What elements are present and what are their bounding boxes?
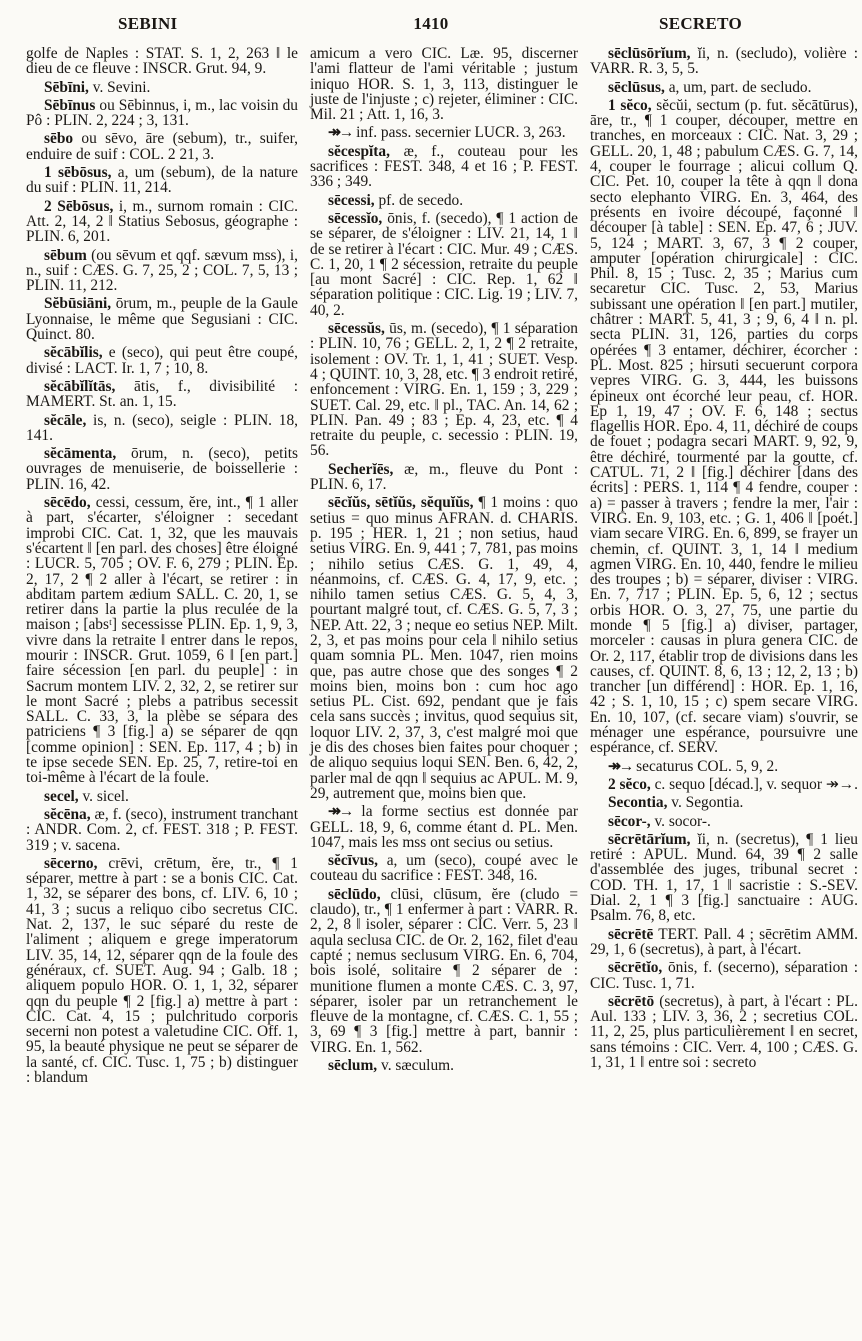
dictionary-entry: 1 sēbōsus, a, um (sebum), de la nature d…	[26, 165, 298, 196]
columns: golfe de Naples : STAT. S. 1, 2, 263 ‖ l…	[26, 46, 854, 1341]
dictionary-entry: secel, v. sicel.	[26, 789, 298, 804]
dictionary-entry: sēcrētē TERT. Pall. 4 ; sēcrētim AMM. 29…	[590, 927, 858, 958]
headword: Sēbīni,	[44, 79, 89, 96]
dictionary-entry: sēbo ou sēvo, āre (sebum), tr., suifer, …	[26, 131, 298, 162]
dictionary-entry: sēcēdo, cessi, cessum, ĕre, int., ¶ 1 al…	[26, 495, 298, 786]
dictionary-entry: 2 Sēbōsus, i, m., surnom romain : CIC. A…	[26, 199, 298, 245]
headword: sēclum,	[328, 1057, 377, 1074]
dictionary-entry: sēcrētĭo, ōnis, f. (secerno), séparation…	[590, 960, 858, 991]
dictionary-entry: Secherĭēs, æ, m., fleuve du Pont : PLIN.…	[310, 462, 578, 493]
dictionary-page: SEBINI 1410 SECRETO golfe de Naples : ST…	[0, 0, 862, 1341]
definition-text: amicum a vero CIC. Læ. 95, discerner l'a…	[310, 45, 578, 123]
headword: sēcessi,	[328, 192, 375, 209]
definition-text: crēvi, crētum, ĕre, tr., ¶ 1 séparer, me…	[26, 855, 298, 1086]
dictionary-entry: sēclūsus, a, um, part. de secludo.	[590, 80, 858, 95]
dictionary-entry: sēcor-, v. socor-.	[590, 814, 858, 829]
dictionary-entry: sēcessĭo, ōnis, f. (secedo), ¶ 1 action …	[310, 211, 578, 318]
dictionary-entry: sēclūsōrĭum, ĭi, n. (secludo), volière :…	[590, 46, 858, 77]
definition-text: clūsi, clūsum, ĕre (cludo = claudo), tr.…	[310, 886, 578, 1056]
definition-text: ōnis, f. (secedo), ¶ 1 action de se sépa…	[310, 210, 578, 319]
dictionary-entry: 1 sĕco, sĕcŭi, sectum (p. fut. sĕcātūrus…	[590, 98, 858, 756]
entry-note: ↠→ secaturus COL. 5, 9, 2.	[590, 759, 858, 774]
headword: secel,	[44, 788, 79, 805]
dictionary-entry: sĕcāmenta, ōrum, n. (seco), petits ouvra…	[26, 446, 298, 492]
dictionary-entry: sĕcāle, is, n. (seco), seigle : PLIN. 18…	[26, 413, 298, 444]
entry-continuation: golfe de Naples : STAT. S. 1, 2, 263 ‖ l…	[26, 46, 298, 77]
dictionary-entry: Secontia, v. Segontia.	[590, 795, 858, 810]
dictionary-entry: sĕcēna, æ, f. (seco), instrument trancha…	[26, 807, 298, 853]
dictionary-entry: sĕcīvus, a, um (seco), coupé avec le cou…	[310, 853, 578, 884]
dictionary-entry: sĕcespĭta, æ, f., couteau pour les sacri…	[310, 144, 578, 190]
definition-text: cessi, cessum, ĕre, int., ¶ 1 aller à pa…	[26, 494, 298, 786]
definition-text: ¶ 1 moins : quo setius = quo minus AFRAN…	[310, 494, 578, 802]
running-head: SEBINI 1410 SECRETO	[0, 14, 862, 38]
definition-text: v. Sevini.	[89, 79, 150, 96]
dictionary-entry: sēcerno, crēvi, crētum, ĕre, tr., ¶ 1 sé…	[26, 856, 298, 1085]
column-left: golfe de Naples : STAT. S. 1, 2, 263 ‖ l…	[26, 46, 298, 1341]
dictionary-entry: sēbum (ou sēvum et qqf. sævum mss), i, n…	[26, 248, 298, 294]
dictionary-entry: sēclum, v. sæculum.	[310, 1058, 578, 1073]
dictionary-entry: sēcessi, pf. de secedo.	[310, 193, 578, 208]
dictionary-entry: sēcessŭs, ūs, m. (secedo), ¶ 1 séparatio…	[310, 321, 578, 459]
column-right: sēclūsōrĭum, ĭi, n. (secludo), volière :…	[590, 46, 858, 1341]
running-head-right: SECRETO	[659, 14, 742, 34]
entry-note: ↠→ la forme sectius est donnée par GELL.…	[310, 804, 578, 850]
headword: sēclūsus,	[608, 79, 665, 96]
dictionary-entry: Sēbīnus ou Sēbinnus, i, m., lac voisin d…	[26, 98, 298, 129]
column-middle: amicum a vero CIC. Læ. 95, discerner l'a…	[310, 46, 578, 1341]
dictionary-entry: Sēbīni, v. Sevini.	[26, 80, 298, 95]
entry-continuation: amicum a vero CIC. Læ. 95, discerner l'a…	[310, 46, 578, 122]
headword: 2 sĕco,	[608, 776, 651, 793]
definition-text: v. sicel.	[79, 788, 129, 805]
definition-text: ūs, m. (secedo), ¶ 1 séparation : PLIN. …	[310, 320, 578, 459]
definition-text: sĕcŭi, sectum (p. fut. sĕcātūrus), āre, …	[590, 97, 858, 756]
definition-text: secaturus COL. 5, 9, 2.	[632, 758, 778, 775]
see-also-arrow-icon: ↠→	[328, 124, 352, 141]
see-also-arrow-icon: ↠→	[608, 758, 632, 775]
dictionary-entry: sēcrētārĭum, ĭi, n. (secretus), ¶ 1 lieu…	[590, 832, 858, 924]
dictionary-entry: Sĕbūsiāni, ōrum, m., peuple de la Gaule …	[26, 296, 298, 342]
dictionary-entry: sēcrētō (secretus), à part, à l'écart : …	[590, 994, 858, 1070]
dictionary-entry: sēcĭŭs, sētĭŭs, sĕquĭŭs, ¶ 1 moins : quo…	[310, 495, 578, 801]
definition-text: v. sæculum.	[377, 1057, 454, 1074]
dictionary-entry: sĕcābĭlĭtās, ātis, f., divisibilité : MA…	[26, 379, 298, 410]
entry-note: ↠→ inf. pass. secernier LUCR. 3, 263.	[310, 125, 578, 140]
dictionary-entry: sēclūdo, clūsi, clūsum, ĕre (cludo = cla…	[310, 887, 578, 1055]
definition-text: inf. pass. secernier LUCR. 3, 263.	[352, 124, 565, 141]
definition-text: golfe de Naples : STAT. S. 1, 2, 263 ‖ l…	[26, 45, 298, 77]
definition-text: v. socor-.	[651, 813, 711, 830]
dictionary-entry: sĕcābĭlis, e (seco), qui peut être coupé…	[26, 345, 298, 376]
definition-text: c. sequo [décad.], v. sequor ↠→.	[651, 776, 858, 793]
definition-text: v. Segontia.	[667, 794, 743, 811]
headword: Secontia,	[608, 794, 667, 811]
definition-text: a, um, part. de secludo.	[665, 79, 812, 96]
dictionary-entry: 2 sĕco, c. sequo [décad.], v. sequor ↠→.	[590, 777, 858, 792]
headword: sēcor-,	[608, 813, 651, 830]
definition-text: pf. de secedo.	[375, 192, 463, 209]
